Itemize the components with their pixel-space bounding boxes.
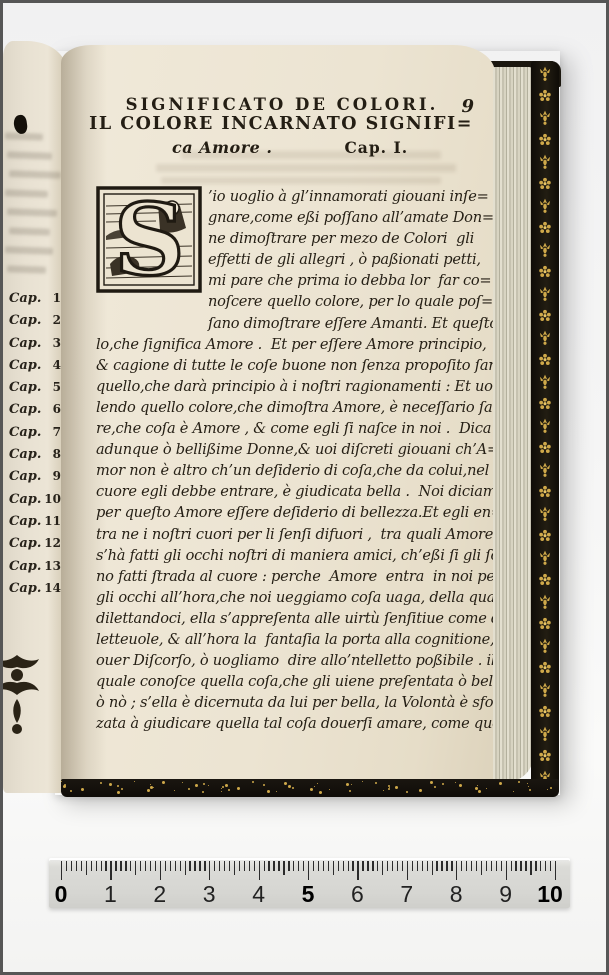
ruler-tick bbox=[436, 861, 437, 871]
ruler-tick bbox=[308, 861, 309, 880]
gold-speckle bbox=[319, 791, 322, 794]
text-line: letteuole, & all’hora la fantaſia la por… bbox=[96, 629, 470, 650]
gold-tulip-icon bbox=[538, 154, 552, 168]
gold-tulip-icon bbox=[538, 242, 552, 256]
gold-speckle bbox=[61, 781, 62, 782]
ruler-tick bbox=[540, 861, 541, 871]
ruler-tick bbox=[125, 861, 126, 871]
ruler-number: 5 bbox=[302, 883, 315, 906]
ruler-tick bbox=[511, 861, 512, 871]
gold-speckle bbox=[202, 791, 204, 793]
chapter-number: 8 bbox=[53, 447, 61, 461]
ruler-tick bbox=[422, 861, 423, 871]
gold-speckle bbox=[225, 784, 228, 787]
ruler-tick bbox=[249, 861, 250, 871]
ruler-tick bbox=[476, 861, 477, 871]
ruler-tick bbox=[175, 861, 176, 871]
gold-speckle bbox=[455, 782, 456, 783]
ruler-tick bbox=[91, 861, 92, 871]
chapter-list-item: Cap.14 bbox=[9, 581, 61, 603]
gold-speckle bbox=[547, 789, 548, 790]
gold-speckle bbox=[383, 790, 384, 791]
gold-speckle bbox=[518, 781, 520, 783]
gold-speckle bbox=[288, 785, 291, 788]
photo-of-book: Cap.1Cap.2Cap.3Cap.4Cap.5Cap.6Cap.7Cap.8… bbox=[0, 0, 609, 975]
ruler-tick bbox=[525, 861, 526, 871]
ruler-number: 8 bbox=[450, 883, 463, 906]
gold-rosette-icon bbox=[538, 484, 552, 498]
gold-speckle bbox=[528, 786, 529, 787]
ruler-number: 10 bbox=[537, 883, 563, 906]
text-line: gli occhi all’hora,che noi ueggiamo coſa… bbox=[96, 587, 470, 608]
gold-rosette-icon bbox=[538, 264, 552, 278]
ruler-tick bbox=[194, 861, 195, 871]
ruler-tick bbox=[185, 861, 186, 875]
drop-cap-letter: S bbox=[114, 186, 185, 293]
gold-rosette-icon bbox=[538, 132, 552, 146]
ruler-tick bbox=[254, 861, 255, 871]
ruler-tick bbox=[417, 861, 418, 871]
ruler-tick bbox=[461, 861, 462, 871]
gold-rosette-icon bbox=[538, 440, 552, 454]
gold-rosette-icon bbox=[538, 352, 552, 366]
gold-speckle bbox=[208, 785, 209, 786]
ruler-tick bbox=[318, 861, 319, 871]
gold-speckle bbox=[70, 790, 72, 792]
chapter-label: Cap. bbox=[9, 380, 41, 395]
chapter-number: 7 bbox=[53, 425, 61, 439]
chapter-number: 6 bbox=[53, 402, 61, 416]
gold-rosette-icon bbox=[538, 396, 552, 410]
gold-speckle bbox=[375, 782, 377, 784]
text-line: ſano dimoſtrare eſſere Amanti. Et queſto… bbox=[96, 313, 470, 334]
chapter-label: Cap. bbox=[9, 313, 41, 328]
ruler-number: 6 bbox=[351, 883, 364, 906]
chapter-number: 3 bbox=[53, 336, 61, 350]
ruler-number: 9 bbox=[499, 883, 512, 906]
gold-rosette-icon bbox=[538, 704, 552, 718]
ruler-tick bbox=[283, 861, 284, 875]
ruler-tick bbox=[441, 861, 442, 871]
ruler-tick bbox=[446, 861, 447, 871]
gold-speckle bbox=[329, 789, 330, 790]
text-line: per queſto Amore eſſere deſiderio di bel… bbox=[96, 502, 470, 523]
gold-tulip-icon bbox=[538, 682, 552, 696]
gold-rosette-icon bbox=[538, 616, 552, 630]
gold-speckle bbox=[499, 782, 502, 785]
ruler-tick bbox=[545, 861, 546, 871]
gold-speckle bbox=[109, 783, 112, 786]
gold-rosette-icon bbox=[538, 660, 552, 674]
previous-page-edge: Cap.1Cap.2Cap.3Cap.4Cap.5Cap.6Cap.7Cap.8… bbox=[3, 41, 67, 793]
gold-tulip-icon bbox=[538, 330, 552, 344]
page-edges-stack bbox=[493, 67, 533, 783]
running-title: SIGNIFICATO DE COLORI. bbox=[126, 95, 439, 114]
ruler-tick bbox=[140, 861, 141, 871]
ruler-tick bbox=[362, 861, 363, 871]
ruler-tick bbox=[407, 861, 408, 880]
showthrough-bar bbox=[7, 151, 52, 160]
text-line: s’hà fatti gli occhi noſtri di maniera a… bbox=[96, 545, 470, 566]
text-line: zata à giudicare quella tal coſa douerſi… bbox=[96, 713, 470, 734]
gold-speckle bbox=[349, 790, 351, 792]
showthrough-line bbox=[156, 164, 456, 172]
ruler-tick bbox=[229, 861, 230, 871]
chapter-list-item: Cap.2 bbox=[9, 313, 61, 335]
showthrough-bar bbox=[5, 189, 48, 197]
ruler-tick bbox=[86, 861, 87, 875]
gold-tulip-icon bbox=[538, 286, 552, 300]
chapter-number: 14 bbox=[44, 581, 61, 595]
gold-rosette-icon bbox=[538, 528, 552, 542]
gold-speckle bbox=[188, 788, 190, 790]
ruler-tick bbox=[273, 861, 274, 871]
body-text: S ’io uoglio à gl’innamorati giouani inſ… bbox=[96, 186, 470, 734]
gold-speckle bbox=[150, 784, 151, 785]
ruler-tick bbox=[71, 861, 72, 871]
gold-rosette-icon bbox=[538, 176, 552, 190]
gold-rosette-icon bbox=[538, 308, 552, 322]
ruler-tick bbox=[372, 861, 373, 871]
ruler-tick bbox=[135, 861, 136, 875]
gold-rosette-icon bbox=[538, 572, 552, 586]
ruler-tick bbox=[209, 861, 210, 880]
chapter-number: 12 bbox=[44, 536, 61, 550]
chapter-list-item: Cap.11 bbox=[9, 514, 61, 536]
ruler-tick bbox=[313, 861, 314, 871]
text-line: no fatti ſtrada al cuore : perche Amore … bbox=[96, 566, 470, 587]
chapter-number: 2 bbox=[53, 313, 61, 327]
ruler-tick bbox=[278, 861, 279, 871]
gold-speckle bbox=[430, 781, 433, 784]
chapter-label: Cap. bbox=[9, 291, 41, 306]
chapter-label: Cap. bbox=[9, 492, 41, 507]
ruler-tick bbox=[101, 861, 102, 871]
text-line: re,che coſa è Amore , & come egli ſi naſ… bbox=[96, 418, 470, 439]
showthrough-bar bbox=[5, 246, 53, 255]
ruler-tick bbox=[481, 861, 482, 875]
gold-speckle bbox=[162, 781, 165, 784]
gold-tulip-icon bbox=[538, 594, 552, 608]
chapter-number: 9 bbox=[53, 469, 61, 483]
ruler-tick bbox=[145, 861, 146, 871]
ruler-tick bbox=[180, 861, 181, 871]
gold-speckle bbox=[263, 784, 265, 786]
text-line: cuore egli debbe entrare, è giudicata be… bbox=[96, 481, 470, 502]
gold-speckle bbox=[459, 784, 462, 787]
ruler-tick bbox=[491, 861, 492, 871]
ruler-tick bbox=[530, 861, 531, 875]
ruler-tick bbox=[259, 861, 260, 880]
drop-cap-woodcut: S bbox=[96, 186, 208, 315]
ruler-tick bbox=[412, 861, 413, 871]
gold-speckle bbox=[388, 788, 390, 790]
chapter-list-item: Cap.8 bbox=[9, 447, 61, 469]
gold-speckle bbox=[346, 783, 349, 786]
ruler-tick bbox=[535, 861, 536, 871]
ruler-tick bbox=[323, 861, 324, 871]
ruler-tick bbox=[219, 861, 220, 871]
chapter-list-item: Cap.10 bbox=[9, 492, 61, 514]
ruler-tick bbox=[352, 861, 353, 871]
gold-tulip-icon bbox=[538, 550, 552, 564]
text-line: quale conoſce quella coſa,che gli uiene … bbox=[96, 671, 470, 692]
chapter-label: Cap. bbox=[9, 336, 41, 351]
chapter-list-item: Cap.5 bbox=[9, 380, 61, 402]
ruler-tick bbox=[293, 861, 294, 871]
ruler-tick bbox=[427, 861, 428, 871]
gilt-edge-bottom bbox=[61, 779, 559, 797]
chapter-number: 1 bbox=[53, 291, 61, 305]
ruler-tick bbox=[343, 861, 344, 871]
gold-tulip-icon bbox=[538, 726, 552, 740]
gold-speckle bbox=[442, 783, 444, 785]
gold-speckle bbox=[284, 782, 287, 785]
ruler-tick bbox=[224, 861, 225, 871]
text-line: ò nò ; s’ella è dicernuta da lui per bel… bbox=[96, 692, 470, 713]
gold-tulip-icon bbox=[538, 374, 552, 388]
ruler-tick bbox=[338, 861, 339, 871]
ruler-tick bbox=[110, 861, 111, 880]
ruler-tick bbox=[268, 861, 269, 871]
ruler-tick bbox=[160, 861, 161, 880]
gold-speckle bbox=[117, 791, 120, 794]
gold-speckle bbox=[477, 785, 478, 786]
gold-tulip-icon bbox=[538, 462, 552, 476]
chapter-number: 11 bbox=[44, 514, 61, 528]
ruler-tick bbox=[348, 861, 349, 871]
chapter-label: Cap. bbox=[9, 559, 41, 574]
chapter-number: 10 bbox=[44, 492, 61, 506]
gold-speckle bbox=[174, 790, 175, 791]
gold-tulip-icon bbox=[538, 418, 552, 432]
gold-tulip-icon bbox=[538, 198, 552, 212]
gold-speckle bbox=[527, 783, 528, 784]
ruler-tick bbox=[120, 861, 121, 871]
ruler-tick bbox=[61, 861, 62, 880]
ruler-tick bbox=[520, 861, 521, 871]
text-line: & cagione di tutte le coſe buone non ſen… bbox=[96, 355, 470, 376]
gold-speckle bbox=[434, 786, 436, 788]
ruler-tick bbox=[501, 861, 502, 871]
ruler-tick bbox=[451, 861, 452, 871]
text-line: dilettandoci, ella s’appreſenta alle uir… bbox=[96, 608, 470, 629]
showthrough-bar bbox=[9, 170, 61, 179]
gold-speckle bbox=[117, 785, 119, 787]
ruler-tick bbox=[204, 861, 205, 871]
gold-speckle bbox=[310, 788, 313, 791]
gold-speckle bbox=[203, 783, 205, 785]
ruler-number: 3 bbox=[203, 883, 216, 906]
ruler-tick bbox=[264, 861, 265, 871]
ruler-tick bbox=[515, 861, 516, 871]
gold-rosette-icon bbox=[538, 748, 552, 762]
chapter-label: Cap. bbox=[9, 425, 41, 440]
chapter-number: 4 bbox=[53, 358, 61, 372]
ruler-tick bbox=[303, 861, 304, 871]
chapter-label: Cap. bbox=[9, 514, 41, 529]
ruler-tick bbox=[392, 861, 393, 871]
ruler-tick bbox=[397, 861, 398, 871]
gold-speckle bbox=[63, 785, 66, 788]
ruler-tick bbox=[155, 861, 156, 871]
text-line: ouer Diſcorſo, ò uogliamo dire allo’ntel… bbox=[96, 650, 470, 671]
gold-speckle bbox=[317, 783, 318, 784]
chapter-label: Cap. bbox=[9, 469, 41, 484]
ruler-tick bbox=[466, 861, 467, 871]
ruler-tick bbox=[555, 861, 556, 880]
showthrough-bar bbox=[7, 265, 46, 273]
ruler-tick bbox=[333, 861, 334, 875]
gold-speckle bbox=[147, 789, 150, 792]
running-title-row: SIGNIFICATO DE COLORI. 9 bbox=[96, 95, 468, 114]
chapter-label: Cap. bbox=[9, 581, 41, 596]
gold-speckle bbox=[478, 790, 481, 793]
gold-speckle bbox=[195, 784, 198, 787]
chapter-list-item: Cap.4 bbox=[9, 358, 61, 380]
gold-speckle bbox=[419, 789, 422, 792]
ruler-tick bbox=[105, 861, 106, 871]
text-line: lendo quello colore,che dimoſtra Amore, … bbox=[96, 397, 470, 418]
ruler-tick bbox=[357, 861, 358, 880]
gold-speckle bbox=[486, 788, 487, 789]
gold-speckle bbox=[267, 790, 270, 793]
ruler-tick bbox=[387, 861, 388, 871]
ruler-tick bbox=[328, 861, 329, 871]
gold-speckle bbox=[221, 788, 222, 789]
gold-rosette-icon bbox=[538, 88, 552, 102]
ruler: 012345678910 bbox=[49, 858, 570, 908]
ruler-tick bbox=[244, 861, 245, 871]
gold-tulip-icon bbox=[538, 638, 552, 652]
ruler-tick bbox=[189, 861, 190, 871]
ruler-tick bbox=[377, 861, 378, 871]
ruler-tick bbox=[432, 861, 433, 875]
ruler-tick bbox=[239, 861, 240, 871]
ruler-tick bbox=[382, 861, 383, 875]
chapter-list-item: Cap.3 bbox=[9, 336, 61, 358]
gold-speckle bbox=[351, 784, 352, 785]
chapter-list-item: Cap.1 bbox=[9, 291, 61, 313]
gold-speckle bbox=[276, 791, 277, 792]
text-line: lo,che ſignifica Amore . Et per eſſere A… bbox=[96, 334, 470, 355]
gold-speckle bbox=[550, 787, 552, 789]
chapter-list-item: Cap.12 bbox=[9, 536, 61, 558]
ruler-tick bbox=[170, 861, 171, 871]
gold-tulip-icon bbox=[538, 110, 552, 124]
ruler-tick bbox=[367, 861, 368, 871]
chapter-label: Cap. bbox=[9, 447, 41, 462]
fleuron-ornament-icon bbox=[3, 653, 43, 739]
chapter-heading-line1: IL COLORE INCARNATO SIGNIFI= bbox=[89, 114, 473, 134]
gold-speckle bbox=[222, 786, 224, 788]
showthrough-line bbox=[161, 177, 441, 184]
gold-speckle bbox=[121, 788, 123, 790]
ruler-tick bbox=[115, 861, 116, 871]
ruler-tick bbox=[506, 861, 507, 880]
chapter-heading-line2: ca Amore . bbox=[172, 138, 272, 157]
gold-speckle bbox=[153, 787, 154, 788]
chapter-list: Cap.1Cap.2Cap.3Cap.4Cap.5Cap.6Cap.7Cap.8… bbox=[9, 291, 61, 603]
gold-speckle bbox=[292, 787, 294, 789]
ruler-tick bbox=[550, 861, 551, 871]
ruler-tick bbox=[456, 861, 457, 880]
text-line: adunque ò bellißime Donne,& uoi diſcreti… bbox=[96, 439, 470, 460]
gold-rosette-icon bbox=[538, 220, 552, 234]
text-line: quello,che darà principio à i noſtri rag… bbox=[96, 376, 470, 397]
gold-speckle bbox=[362, 781, 363, 782]
chapter-label: Cap. bbox=[9, 358, 41, 373]
gold-speckle bbox=[228, 789, 230, 791]
chapter-list-item: Cap.7 bbox=[9, 425, 61, 447]
gold-tulip-icon bbox=[538, 506, 552, 520]
ruler-tick bbox=[486, 861, 487, 871]
gold-speckle bbox=[395, 786, 398, 789]
ruler-tick bbox=[234, 861, 235, 875]
gold-speckle bbox=[314, 786, 315, 787]
chapter-list-item: Cap.13 bbox=[9, 559, 61, 581]
ruler-tick bbox=[66, 861, 67, 871]
gold-speckle bbox=[182, 782, 183, 783]
showthrough-bar bbox=[5, 132, 43, 140]
showthrough-bar bbox=[9, 227, 50, 235]
ruler-tick bbox=[150, 861, 151, 871]
ruler-number: 0 bbox=[55, 883, 68, 906]
ruler-tick bbox=[96, 861, 97, 871]
book-page: SIGNIFICATO DE COLORI. 9 IL COLORE INCAR… bbox=[61, 45, 495, 781]
ruler-tick bbox=[288, 861, 289, 871]
ruler-tick bbox=[130, 861, 131, 871]
text-line: mor non è altro ch’un deſiderio di coſa,… bbox=[96, 460, 470, 481]
chapter-number: 5 bbox=[53, 380, 61, 394]
gold-speckle bbox=[134, 781, 135, 782]
gold-speckle bbox=[388, 785, 390, 787]
gold-speckle bbox=[81, 788, 84, 791]
gold-tulip-icon bbox=[538, 66, 552, 80]
text-line: tra ne i noſtri cuori per li ſenſi difuo… bbox=[96, 524, 470, 545]
gold-speckle bbox=[475, 787, 478, 790]
ruler-number: 7 bbox=[400, 883, 413, 906]
ruler-tick bbox=[298, 861, 299, 871]
ruler-number: 4 bbox=[252, 883, 265, 906]
gold-speckle bbox=[513, 791, 514, 792]
ruler-tick bbox=[165, 861, 166, 871]
ruler-tick bbox=[402, 861, 403, 871]
ruler-tick bbox=[496, 861, 497, 871]
gold-speckle bbox=[237, 787, 240, 790]
ruler-tick bbox=[199, 861, 200, 871]
gold-speckle bbox=[406, 791, 408, 793]
chapter-number: 13 bbox=[44, 559, 61, 573]
ruler-tick bbox=[471, 861, 472, 871]
chapter-heading-line2-row: ca Amore . Cap. I. bbox=[96, 138, 468, 157]
ruler-number: 2 bbox=[153, 883, 166, 906]
ruler-number: 1 bbox=[104, 883, 117, 906]
ruler-tick bbox=[214, 861, 215, 871]
chapter-list-item: Cap.9 bbox=[9, 469, 61, 491]
chapter-label: Cap. bbox=[9, 402, 41, 417]
chapter-label: Cap. bbox=[9, 536, 41, 551]
chapter-list-item: Cap.6 bbox=[9, 402, 61, 424]
gold-speckle bbox=[529, 789, 531, 791]
ruler-tick bbox=[81, 861, 82, 871]
chapter-number-label: Cap. I. bbox=[344, 138, 408, 157]
gold-speckle bbox=[100, 782, 102, 784]
showthrough-bar bbox=[7, 208, 57, 217]
gilt-edge-right bbox=[531, 61, 559, 797]
gold-speckle bbox=[252, 781, 254, 783]
gold-speckle bbox=[221, 791, 222, 792]
